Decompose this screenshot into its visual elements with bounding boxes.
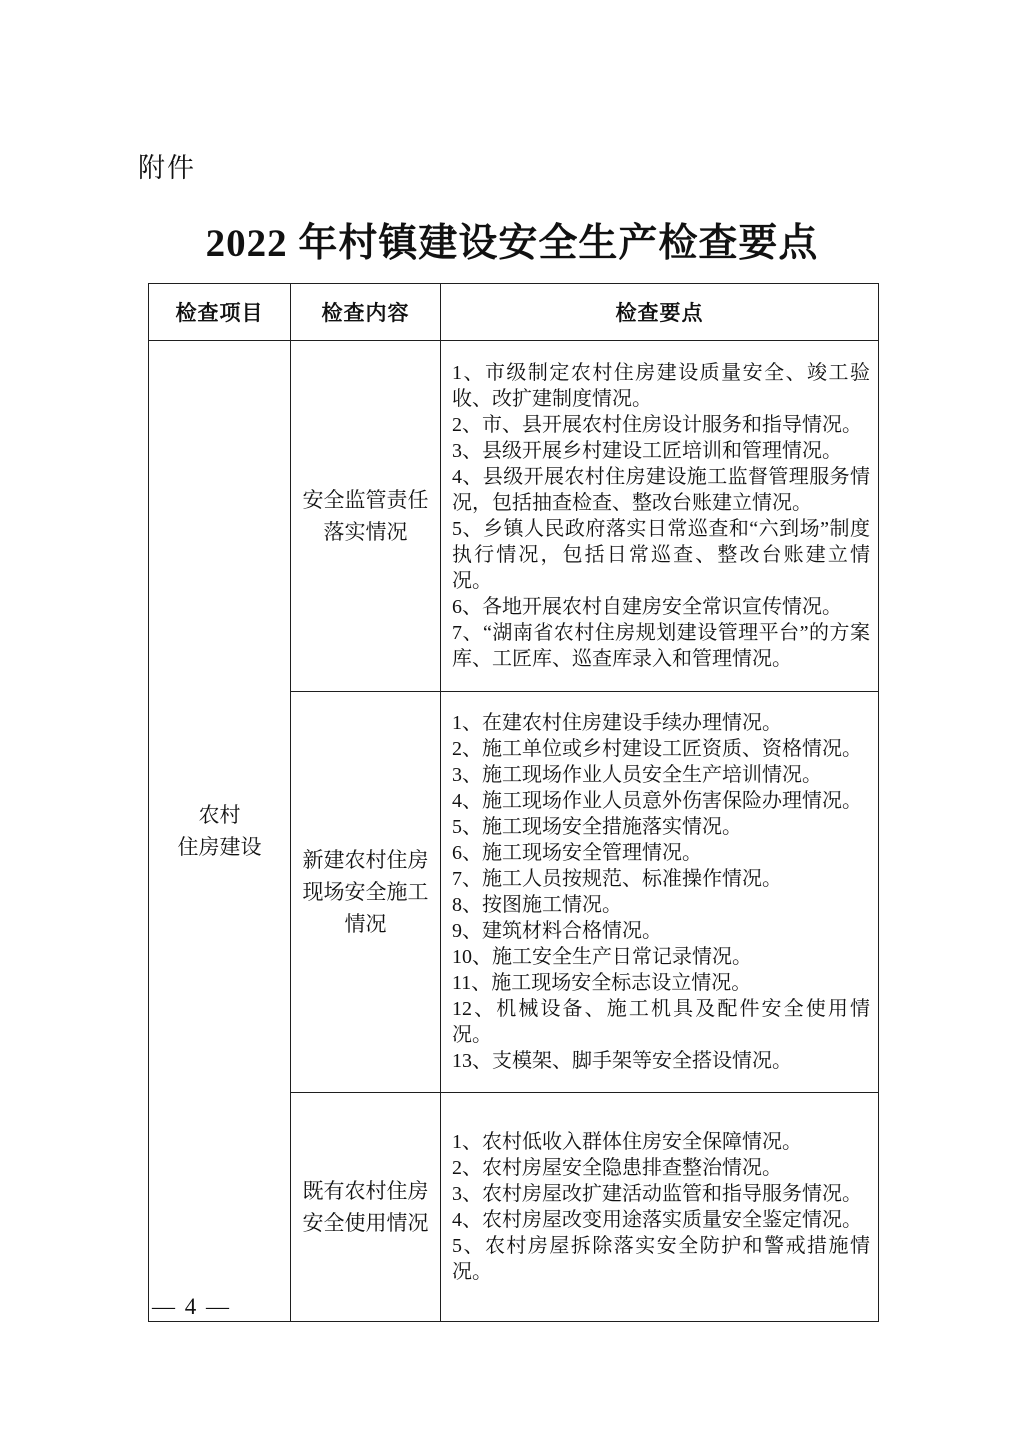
page-number: — 4 — [152,1294,231,1320]
inspection-point: 4、县级开展农村住房建设施工监督管理服务情况，包括抽查检查、整改台账建立情况。 [452,464,870,516]
inspection-point: 12、机械设备、施工机具及配件安全使用情况。 [452,996,870,1048]
content-cell: 既有农村住房 安全使用情况 [291,1093,441,1322]
header-inspection-points: 检查要点 [441,284,879,341]
inspection-point: 4、农村房屋改变用途落实质量安全鉴定情况。 [452,1207,870,1233]
inspection-point: 13、支模架、脚手架等安全搭设情况。 [452,1048,870,1074]
inspection-point: 9、建筑材料合格情况。 [452,918,870,944]
inspection-point: 11、施工现场安全标志设立情况。 [452,970,870,996]
inspection-point: 10、施工安全生产日常记录情况。 [452,944,870,970]
inspection-point: 2、农村房屋安全隐患排查整治情况。 [452,1155,870,1181]
points-cell: 1、市级制定农村住房建设质量安全、竣工验收、改扩建制度情况。2、市、县开展农村住… [441,341,879,692]
inspection-point: 2、施工单位或乡村建设工匠资质、资格情况。 [452,736,870,762]
table-header-row: 检查项目 检查内容 检查要点 [149,284,879,341]
header-inspection-item: 检查项目 [149,284,291,341]
table-row: 农村 住房建设 安全监管责任 落实情况 1、市级制定农村住房建设质量安全、竣工验… [149,341,879,692]
inspection-table: 检查项目 检查内容 检查要点 农村 住房建设 安全监管责任 落实情况 1、市级制… [148,283,879,1322]
inspection-point: 3、农村房屋改扩建活动监管和指导服务情况。 [452,1181,870,1207]
inspection-point: 5、施工现场安全措施落实情况。 [452,814,870,840]
inspection-point: 1、在建农村住房建设手续办理情况。 [452,710,870,736]
header-inspection-content: 检查内容 [291,284,441,341]
inspection-point: 5、乡镇人民政府落实日常巡查和“六到场”制度执行情况，包括日常巡查、整改台账建立… [452,516,870,594]
inspection-point: 3、施工现场作业人员安全生产培训情况。 [452,762,870,788]
inspection-point: 5、农村房屋拆除落实安全防护和警戒措施情况。 [452,1233,870,1285]
inspection-point: 2、市、县开展农村住房设计服务和指导情况。 [452,412,870,438]
inspection-point: 3、县级开展乡村建设工匠培训和管理情况。 [452,438,870,464]
inspection-point: 4、施工现场作业人员意外伤害保险办理情况。 [452,788,870,814]
content-cell: 安全监管责任 落实情况 [291,341,441,692]
points-cell: 1、在建农村住房建设手续办理情况。2、施工单位或乡村建设工匠资质、资格情况。3、… [441,692,879,1093]
inspection-point: 1、农村低收入群体住房安全保障情况。 [452,1129,870,1155]
inspection-point: 1、市级制定农村住房建设质量安全、竣工验收、改扩建制度情况。 [452,360,870,412]
inspection-point: 8、按图施工情况。 [452,892,870,918]
page-title: 2022 年村镇建设安全生产检查要点 [0,212,1024,268]
inspection-point: 7、“湖南省农村住房规划建设管理平台”的方案库、工匠库、巡查库录入和管理情况。 [452,620,870,672]
inspection-point: 6、施工现场安全管理情况。 [452,840,870,866]
inspection-point: 7、施工人员按规范、标准操作情况。 [452,866,870,892]
attachment-label: 附件 [138,146,196,185]
inspection-point: 6、各地开展农村自建房安全常识宣传情况。 [452,594,870,620]
content-cell: 新建农村住房 现场安全施工 情况 [291,692,441,1093]
points-cell: 1、农村低收入群体住房安全保障情况。2、农村房屋安全隐患排查整治情况。3、农村房… [441,1093,879,1322]
project-cell: 农村 住房建设 [149,341,291,1322]
document-page: { "page": { "attachment_label": "附件", "t… [0,0,1024,1448]
